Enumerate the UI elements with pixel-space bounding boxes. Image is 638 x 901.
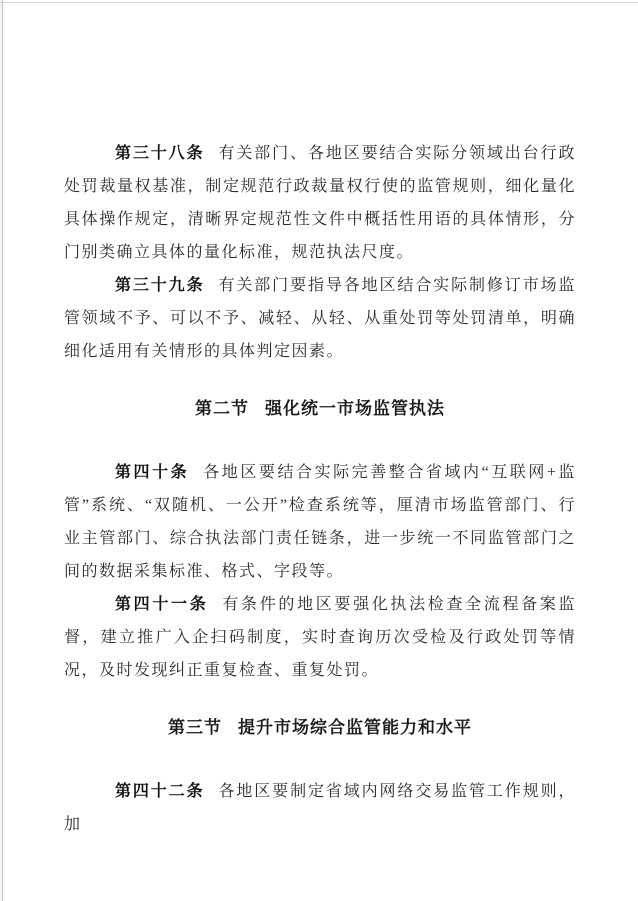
article-40-text: 各地区要结合实际完善整合省域内“互联网+监管”系统、“双随机、一公开”检查系统等… (64, 464, 576, 580)
article-42-number: 第四十二条 (115, 783, 204, 800)
document-content: 第三十八条有关部门、各地区要结合实际分领域出台行政处罚裁量权基准，制定规范行政裁… (64, 137, 576, 841)
article-39-number: 第三十九条 (115, 277, 204, 294)
article-40-number: 第四十条 (115, 464, 189, 481)
section-3-heading: 第三节提升市场综合监管能力和水平 (64, 711, 576, 744)
article-38-number: 第三十八条 (115, 145, 204, 162)
document-page: 第三十八条有关部门、各地区要结合实际分领域出台行政处罚裁量权基准，制定规范行政裁… (0, 0, 638, 901)
section-2-number: 第二节 (195, 399, 249, 418)
article-41-paragraph: 第四十一条有条件的地区要强化执法检查全流程备案监督，建立推广入企扫码制度，实时查… (64, 588, 576, 687)
section-2-title: 强化统一市场监管执法 (265, 399, 445, 418)
article-41-number: 第四十一条 (115, 596, 208, 613)
article-38-paragraph: 第三十八条有关部门、各地区要结合实际分领域出台行政处罚裁量权基准，制定规范行政裁… (64, 137, 576, 269)
article-39-paragraph: 第三十九条有关部门要指导各地区结合实际制修订市场监管领域不予、可以不予、减轻、从… (64, 269, 576, 368)
section-3-number: 第三节 (168, 718, 222, 737)
section-3-title: 提升市场综合监管能力和水平 (238, 718, 472, 737)
section-2-heading: 第二节强化统一市场监管执法 (64, 392, 576, 425)
article-40-paragraph: 第四十条各地区要结合实际完善整合省域内“互联网+监管”系统、“双随机、一公开”检… (64, 456, 576, 588)
page-left-edge-line (2, 0, 3, 901)
page-left-edge-shading (0, 0, 6, 901)
article-38-text: 有关部门、各地区要结合实际分领域出台行政处罚裁量权基准，制定规范行政裁量权行使的… (64, 145, 576, 261)
page-top-edge-line (0, 2, 638, 3)
article-42-paragraph: 第四十二条各地区要制定省域内网络交易监管工作规则，加 (64, 775, 576, 841)
